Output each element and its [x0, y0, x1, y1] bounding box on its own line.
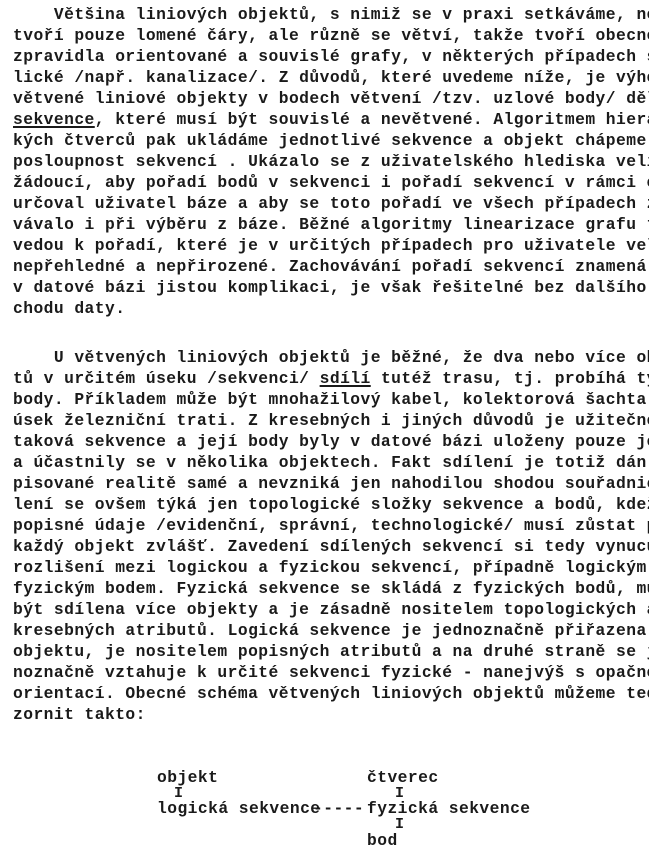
- text-line: každý objekt zvlášť. Zavedení sdílených …: [13, 536, 649, 557]
- text-line: objektu, je nositelem popisných atributů…: [13, 641, 649, 662]
- paragraph-1: Většina liniových objektů, s nimiž se v …: [13, 4, 649, 319]
- text-line-with-underline: tů v určitém úseku /sekvenci/ sdílí tuté…: [13, 368, 649, 389]
- text-line: v datové bázi jistou komplikaci, je však…: [13, 277, 649, 298]
- diagram-node-bod: bod: [367, 833, 398, 849]
- text-line: kresebných atributů. Logická sekvence je…: [13, 620, 649, 641]
- diagram-node-ctverec: čtverec: [367, 770, 439, 786]
- text-line: vávalo i při výběru z báze. Běžné algori…: [13, 214, 649, 235]
- paragraph-2: U větvených liniových objektů je běžné, …: [13, 347, 649, 725]
- text-line: zornit takto:: [13, 704, 649, 725]
- text-line: tvoří pouze lomené čáry, ale různě se vě…: [13, 25, 649, 46]
- underlined-word: sdílí: [320, 369, 371, 388]
- text-line: fyzickým bodem. Fyzická sekvence se sklá…: [13, 578, 649, 599]
- text-line: zpravidla orientované a souvislé grafy, …: [13, 46, 649, 67]
- diagram-connector: I: [395, 818, 404, 832]
- typewritten-page: Většina liniových objektů, s nimiž se v …: [0, 0, 649, 857]
- text-line: a účastnily se v několika objektech. Fak…: [13, 452, 649, 473]
- text-line: lické /např. kanalizace/. Z důvodů, kter…: [13, 67, 649, 88]
- text-line: větvené liniové objekty v bodech větvení…: [13, 88, 649, 109]
- text-line: lení se ovšem týká jen topologické složk…: [13, 494, 649, 515]
- text-line: kých čtverců pak ukládáme jednotlivé sek…: [13, 130, 649, 151]
- text-line: určoval uživatel báze a aby se toto pořa…: [13, 193, 649, 214]
- text-line: Většina liniových objektů, s nimiž se v …: [13, 4, 649, 25]
- text-line: nepřehledné a nepřirozené. Zachovávání p…: [13, 256, 649, 277]
- diagram-node-logicka-sekvence: logická sekvence: [157, 801, 321, 817]
- text-line: vedou k pořadí, které je v určitých příp…: [13, 235, 649, 256]
- diagram-link: -----: [313, 801, 364, 817]
- diagram-node-objekt: objekt: [157, 770, 218, 786]
- text-line: úsek železniční trati. Z kresebných i ji…: [13, 410, 649, 431]
- text-line: U větvených liniových objektů je běžné, …: [13, 347, 649, 368]
- text-line: body. Příkladem může být mnohažilový kab…: [13, 389, 649, 410]
- underlined-word: sekvence: [13, 110, 95, 129]
- text-line: žádoucí, aby pořadí bodů v sekvenci i po…: [13, 172, 649, 193]
- text-line-with-underline: sekvence, které musí být souvislé a nevě…: [13, 109, 649, 130]
- text-line: popisné údaje /evidenční, správní, techn…: [13, 515, 649, 536]
- text-line: orientací. Obecné schéma větvených linio…: [13, 683, 649, 704]
- text-line: noznačně vztahuje k určité sekvenci fyzi…: [13, 662, 649, 683]
- text-line: rozlišení mezi logickou a fyzickou sekve…: [13, 557, 649, 578]
- text-line: chodu daty.: [13, 298, 649, 319]
- text-line: pisované realitě samé a nevzniká jen nah…: [13, 473, 649, 494]
- text-line: taková sekvence a její body byly v datov…: [13, 431, 649, 452]
- diagram-node-fyzicka-sekvence: fyzická sekvence: [367, 801, 531, 817]
- text-line: být sdílena více objekty a je zásadně no…: [13, 599, 649, 620]
- text-line: posloupnost sekvencí . Ukázalo se z uživ…: [13, 151, 649, 172]
